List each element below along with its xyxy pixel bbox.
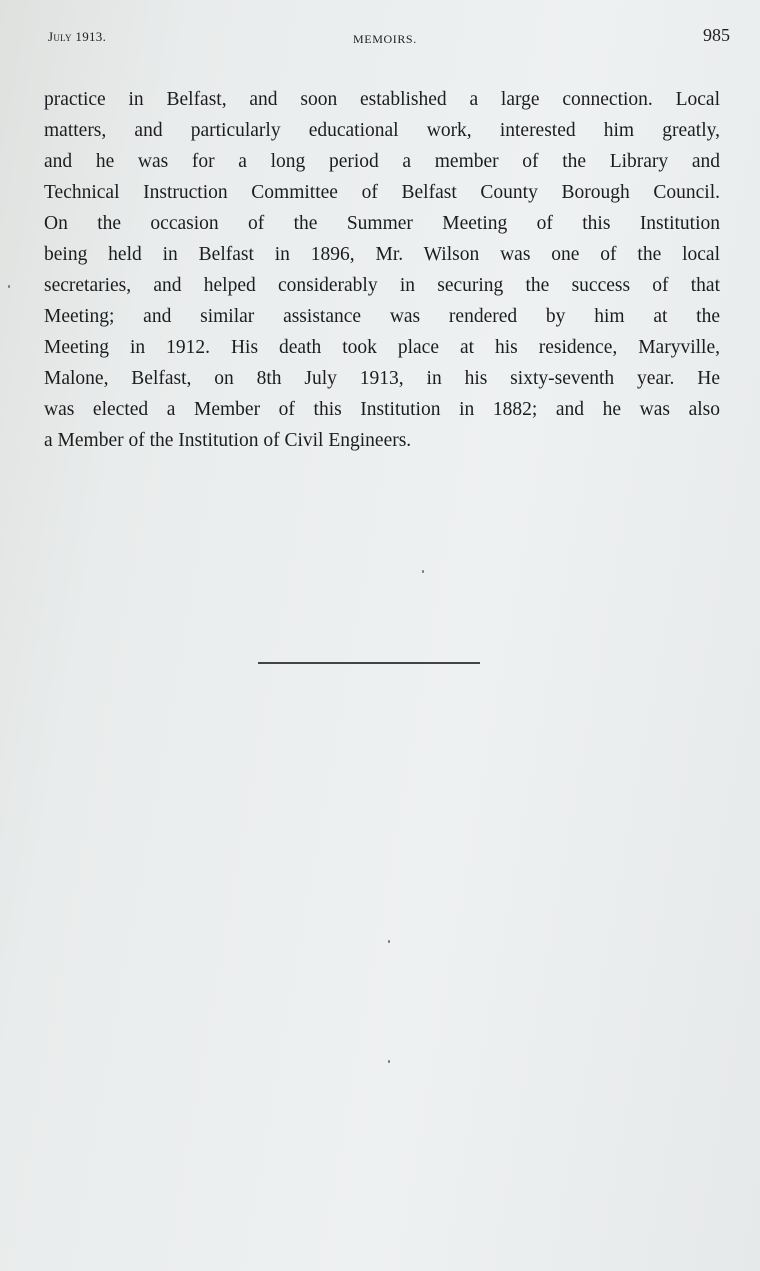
text-line: Meeting; and similar assistance was rend…: [44, 301, 720, 332]
text-line: secretaries, and helped considerably in …: [44, 270, 720, 301]
text-line: being held in Belfast in 1896, Mr. Wilso…: [44, 239, 720, 270]
text-line: matters, and particularly educational wo…: [44, 115, 720, 146]
paper-speck: [388, 1060, 390, 1063]
text-line: Meeting in 1912. His death took place at…: [44, 332, 720, 363]
section-end-rule: [258, 662, 480, 664]
paper-speck: [8, 285, 10, 288]
page-number: 985: [703, 25, 730, 46]
text-line: and he was for a long period a member of…: [44, 146, 720, 177]
memoir-paragraph: practice in Belfast, and soon establishe…: [44, 84, 720, 456]
paper-speck: [422, 570, 424, 573]
paper-speck: [388, 940, 390, 943]
running-head-title: MEMOIRS.: [353, 32, 417, 47]
text-line: Technical Instruction Committee of Belfa…: [44, 177, 720, 208]
text-line: practice in Belfast, and soon establishe…: [44, 84, 720, 115]
text-line: Malone, Belfast, on 8th July 1913, in hi…: [44, 363, 720, 394]
text-line: was elected a Member of this Institution…: [44, 394, 720, 425]
running-head-date: July 1913.: [48, 29, 106, 45]
book-page: July 1913. MEMOIRS. 985 practice in Belf…: [0, 0, 760, 1271]
text-line: On the occasion of the Summer Meeting of…: [44, 208, 720, 239]
running-head: July 1913. MEMOIRS. 985: [48, 25, 730, 49]
text-line: a Member of the Institution of Civil Eng…: [44, 425, 720, 456]
